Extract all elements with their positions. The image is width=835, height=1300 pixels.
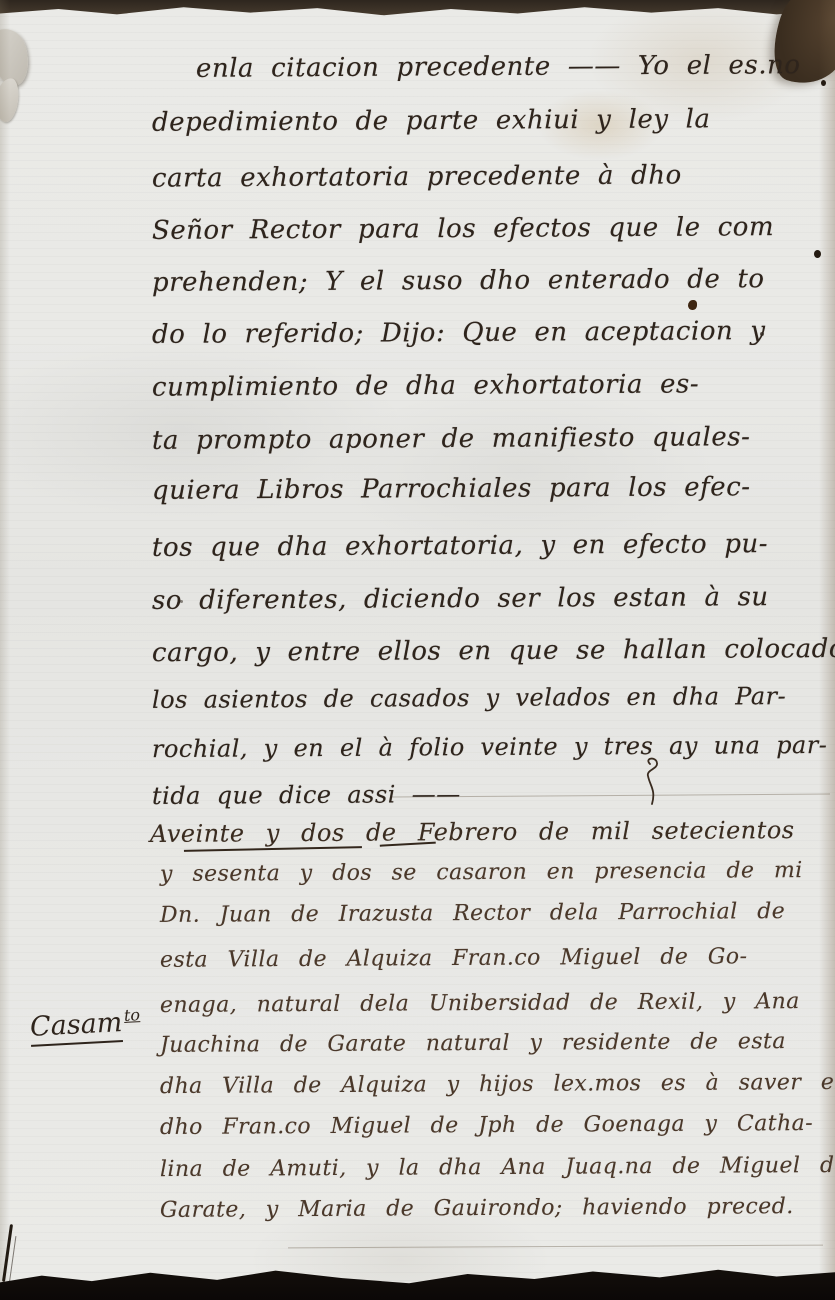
torn-bottom-edge	[0, 1258, 835, 1300]
manuscript-line: Dn. Juan de Irazusta Rector dela Parroch…	[160, 899, 785, 928]
manuscript-line: tos que dha exhortatoria, y en efecto pu…	[152, 529, 768, 563]
manuscript-line: los asientos de casados y velados en dha…	[152, 682, 786, 714]
margin-note-casamiento: Casamto	[29, 1005, 141, 1043]
ink-speck	[814, 250, 821, 258]
manuscript-line: esta Villa de Alquiza Fran.co Miguel de …	[160, 944, 748, 973]
manuscript-line: dho Fran.co Miguel de Jph de Goenaga y C…	[160, 1111, 813, 1140]
manuscript-line: enla citacion precedente —— Yo el es.no	[196, 50, 801, 84]
left-page-edge-shadow	[0, 0, 10, 1300]
manuscript-line: Señor Rector para los efectos que le com	[152, 212, 774, 246]
manuscript-line: quiera Libros Parrochiales para los efec…	[152, 472, 751, 506]
ink-speck	[821, 80, 826, 86]
manuscript-line: do lo referido; Dijo: Que en aceptacion …	[152, 316, 766, 350]
manuscript-line: depedimiento de parte exhiui y ley la	[152, 104, 711, 137]
insertion-overline-mark	[184, 846, 362, 858]
manuscript-line: Aveinte y dos de Febrero de mil setecien…	[150, 816, 795, 848]
manuscript-line: enaga, natural dela Unibersidad de Rexil…	[160, 989, 800, 1018]
margin-note-base: Casam	[29, 1007, 123, 1047]
margin-note-superscript: to	[123, 1005, 140, 1025]
manuscript-line: rochial, y en el à folio veinte y tres a…	[152, 731, 827, 763]
manuscript-line: tida que dice assi ——	[152, 780, 461, 810]
manuscript-line: Garate, y Maria de Gauirondo; haviendo p…	[160, 1194, 794, 1223]
manuscript-line: Juachina de Garate natural y residente d…	[160, 1029, 786, 1058]
faint-rule-line	[288, 1245, 823, 1249]
manuscript-line: y sesenta y dos se casaron en presencia …	[160, 858, 803, 887]
manuscript-line: so diferentes, diciendo ser los estan à …	[152, 582, 769, 616]
manuscript-line: ta prompto aponer de manifiesto quales-	[152, 422, 751, 456]
torn-top-edge	[0, 0, 835, 18]
ink-blot	[688, 300, 697, 310]
notary-rubric-flourish	[630, 756, 670, 808]
manuscript-page: enla citacion precedente —— Yo el es.no …	[0, 0, 835, 1300]
manuscript-line: carta exhortatoria precedente à dho	[152, 160, 682, 193]
manuscript-line: prehenden; Y el suso dho enterado de to	[152, 264, 765, 298]
manuscript-line: cumplimiento de dha exhortatoria es-	[152, 369, 699, 402]
manuscript-line: cargo, y entre ellos en que se hallan co…	[152, 634, 835, 668]
manuscript-line: lina de Amuti, y la dha Ana Juaq.na de M…	[160, 1153, 835, 1182]
manuscript-line: dha Villa de Alquiza y hijos lex.mos es …	[160, 1070, 835, 1099]
